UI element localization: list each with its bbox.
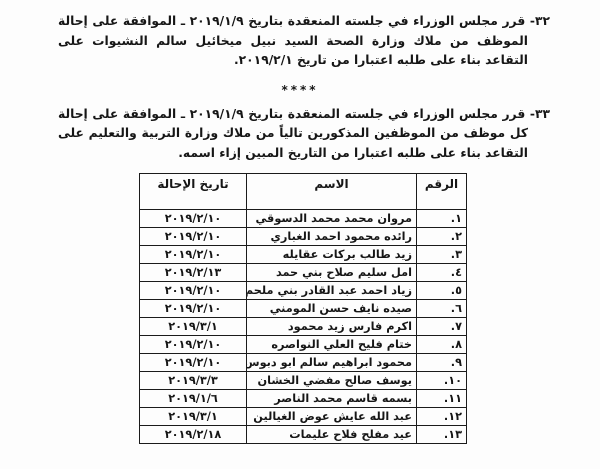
row-date-cell: ٢٠١٩/٢/١٠ xyxy=(140,336,247,354)
row-date-cell: ٢٠١٩/٢/١٠ xyxy=(140,354,247,372)
row-date-cell: ٢٠١٩/٣/٣ xyxy=(140,372,247,390)
row-date-cell: ٢٠١٩/٢/١٠ xyxy=(140,210,247,228)
row-name-cell: محمود ابراهيم سالم ابو دبوس xyxy=(247,354,417,372)
referral-table-body: ١.مروان محمد محمد الدسوقي٢٠١٩/٢/١٠٢.رائد… xyxy=(140,210,467,444)
row-name-cell: عيد مفلح فلاح عليمات xyxy=(247,426,417,444)
row-name-cell: مروان محمد محمد الدسوقي xyxy=(247,210,417,228)
decision-32-text: قرر مجلس الوزراء في جلسته المنعقدة بتاري… xyxy=(58,14,528,67)
row-date-cell: ٢٠١٩/٢/١٠ xyxy=(140,246,247,264)
row-name-cell: ختام فليح العلي النواصره xyxy=(247,336,417,354)
decision-item-33: ٣٣- قرر مجلس الوزراء في جلسته المنعقدة ب… xyxy=(58,105,528,164)
row-number-cell: ٨. xyxy=(417,336,467,354)
row-number-cell: ١٢. xyxy=(417,408,467,426)
row-name-cell: زيد طالب بركات عقايله xyxy=(247,246,417,264)
row-date-cell: ٢٠١٩/٣/١ xyxy=(140,318,247,336)
table-row: ٣.زيد طالب بركات عقايله٢٠١٩/٢/١٠ xyxy=(140,246,467,264)
table-row: ٩.محمود ابراهيم سالم ابو دبوس٢٠١٩/٢/١٠ xyxy=(140,354,467,372)
table-row: ٥.زياد احمد عبد القادر بني ملحم٢٠١٩/٢/١٠ xyxy=(140,282,467,300)
row-number-cell: ٧. xyxy=(417,318,467,336)
row-name-cell: عبد الله عايش عوض الغيالين xyxy=(247,408,417,426)
table-row: ١٢.عبد الله عايش عوض الغيالين٢٠١٩/٣/١ xyxy=(140,408,467,426)
row-name-cell: رائده محمود احمد الغباري xyxy=(247,228,417,246)
row-number-cell: ١٠. xyxy=(417,372,467,390)
table-row: ١.مروان محمد محمد الدسوقي٢٠١٩/٢/١٠ xyxy=(140,210,467,228)
decision-33-text: قرر مجلس الوزراء في جلسته المنعقدة بتاري… xyxy=(58,107,528,160)
row-number-cell: ٤. xyxy=(417,264,467,282)
row-number-cell: ١. xyxy=(417,210,467,228)
row-name-cell: بسمه قاسم محمد الناصر xyxy=(247,390,417,408)
table-row: ٧.اكرم فارس زيد محمود٢٠١٩/٣/١ xyxy=(140,318,467,336)
table-header-date: تاريخ الإحالة xyxy=(140,174,247,210)
decision-33-number: ٣٣- xyxy=(530,107,550,121)
row-number-cell: ٢. xyxy=(417,228,467,246)
row-number-cell: ٩. xyxy=(417,354,467,372)
table-row: ٨.ختام فليح العلي النواصره٢٠١٩/٢/١٠ xyxy=(140,336,467,354)
row-name-cell: يوسف صالح مفضي الخشان xyxy=(247,372,417,390)
row-date-cell: ٢٠١٩/٢/١٠ xyxy=(140,300,247,318)
table-row: ٤.امل سليم صلاح بني حمد٢٠١٩/٢/١٣ xyxy=(140,264,467,282)
table-row: ٦.صيده نايف حسن المومني٢٠١٩/٢/١٠ xyxy=(140,300,467,318)
table-row: ١٣.عيد مفلح فلاح عليمات٢٠١٩/٢/١٨ xyxy=(140,426,467,444)
row-date-cell: ٢٠١٩/٢/١٠ xyxy=(140,228,247,246)
decision-item-32: ٣٢- قرر مجلس الوزراء في جلسته المنعقدة ب… xyxy=(58,12,528,71)
row-number-cell: ١٣. xyxy=(417,426,467,444)
document-page: ٣٢- قرر مجلس الوزراء في جلسته المنعقدة ب… xyxy=(0,0,600,469)
row-name-cell: صيده نايف حسن المومني xyxy=(247,300,417,318)
row-name-cell: زياد احمد عبد القادر بني ملحم xyxy=(247,282,417,300)
table-header-name: الاسم xyxy=(247,174,417,210)
row-number-cell: ١١. xyxy=(417,390,467,408)
row-name-cell: اكرم فارس زيد محمود xyxy=(247,318,417,336)
table-row: ٢.رائده محمود احمد الغباري٢٠١٩/٢/١٠ xyxy=(140,228,467,246)
row-date-cell: ٢٠١٩/٢/١٨ xyxy=(140,426,247,444)
row-number-cell: ٣. xyxy=(417,246,467,264)
row-date-cell: ٢٠١٩/٢/١٣ xyxy=(140,264,247,282)
table-header-number: الرقم xyxy=(417,174,467,210)
row-number-cell: ٥. xyxy=(417,282,467,300)
table-header-row: الرقم الاسم تاريخ الإحالة xyxy=(140,174,467,210)
row-name-cell: امل سليم صلاح بني حمد xyxy=(247,264,417,282)
row-date-cell: ٢٠١٩/٣/١ xyxy=(140,408,247,426)
row-number-cell: ٦. xyxy=(417,300,467,318)
table-row: ١١.بسمه قاسم محمد الناصر٢٠١٩/١/٦ xyxy=(140,390,467,408)
row-date-cell: ٢٠١٩/٢/١٠ xyxy=(140,282,247,300)
decision-32-number: ٣٢- xyxy=(530,14,550,28)
stars-separator: **** xyxy=(0,82,600,98)
row-date-cell: ٢٠١٩/١/٦ xyxy=(140,390,247,408)
table-row: ١٠.يوسف صالح مفضي الخشان٢٠١٩/٣/٣ xyxy=(140,372,467,390)
referral-table: الرقم الاسم تاريخ الإحالة ١.مروان محمد م… xyxy=(139,173,467,444)
